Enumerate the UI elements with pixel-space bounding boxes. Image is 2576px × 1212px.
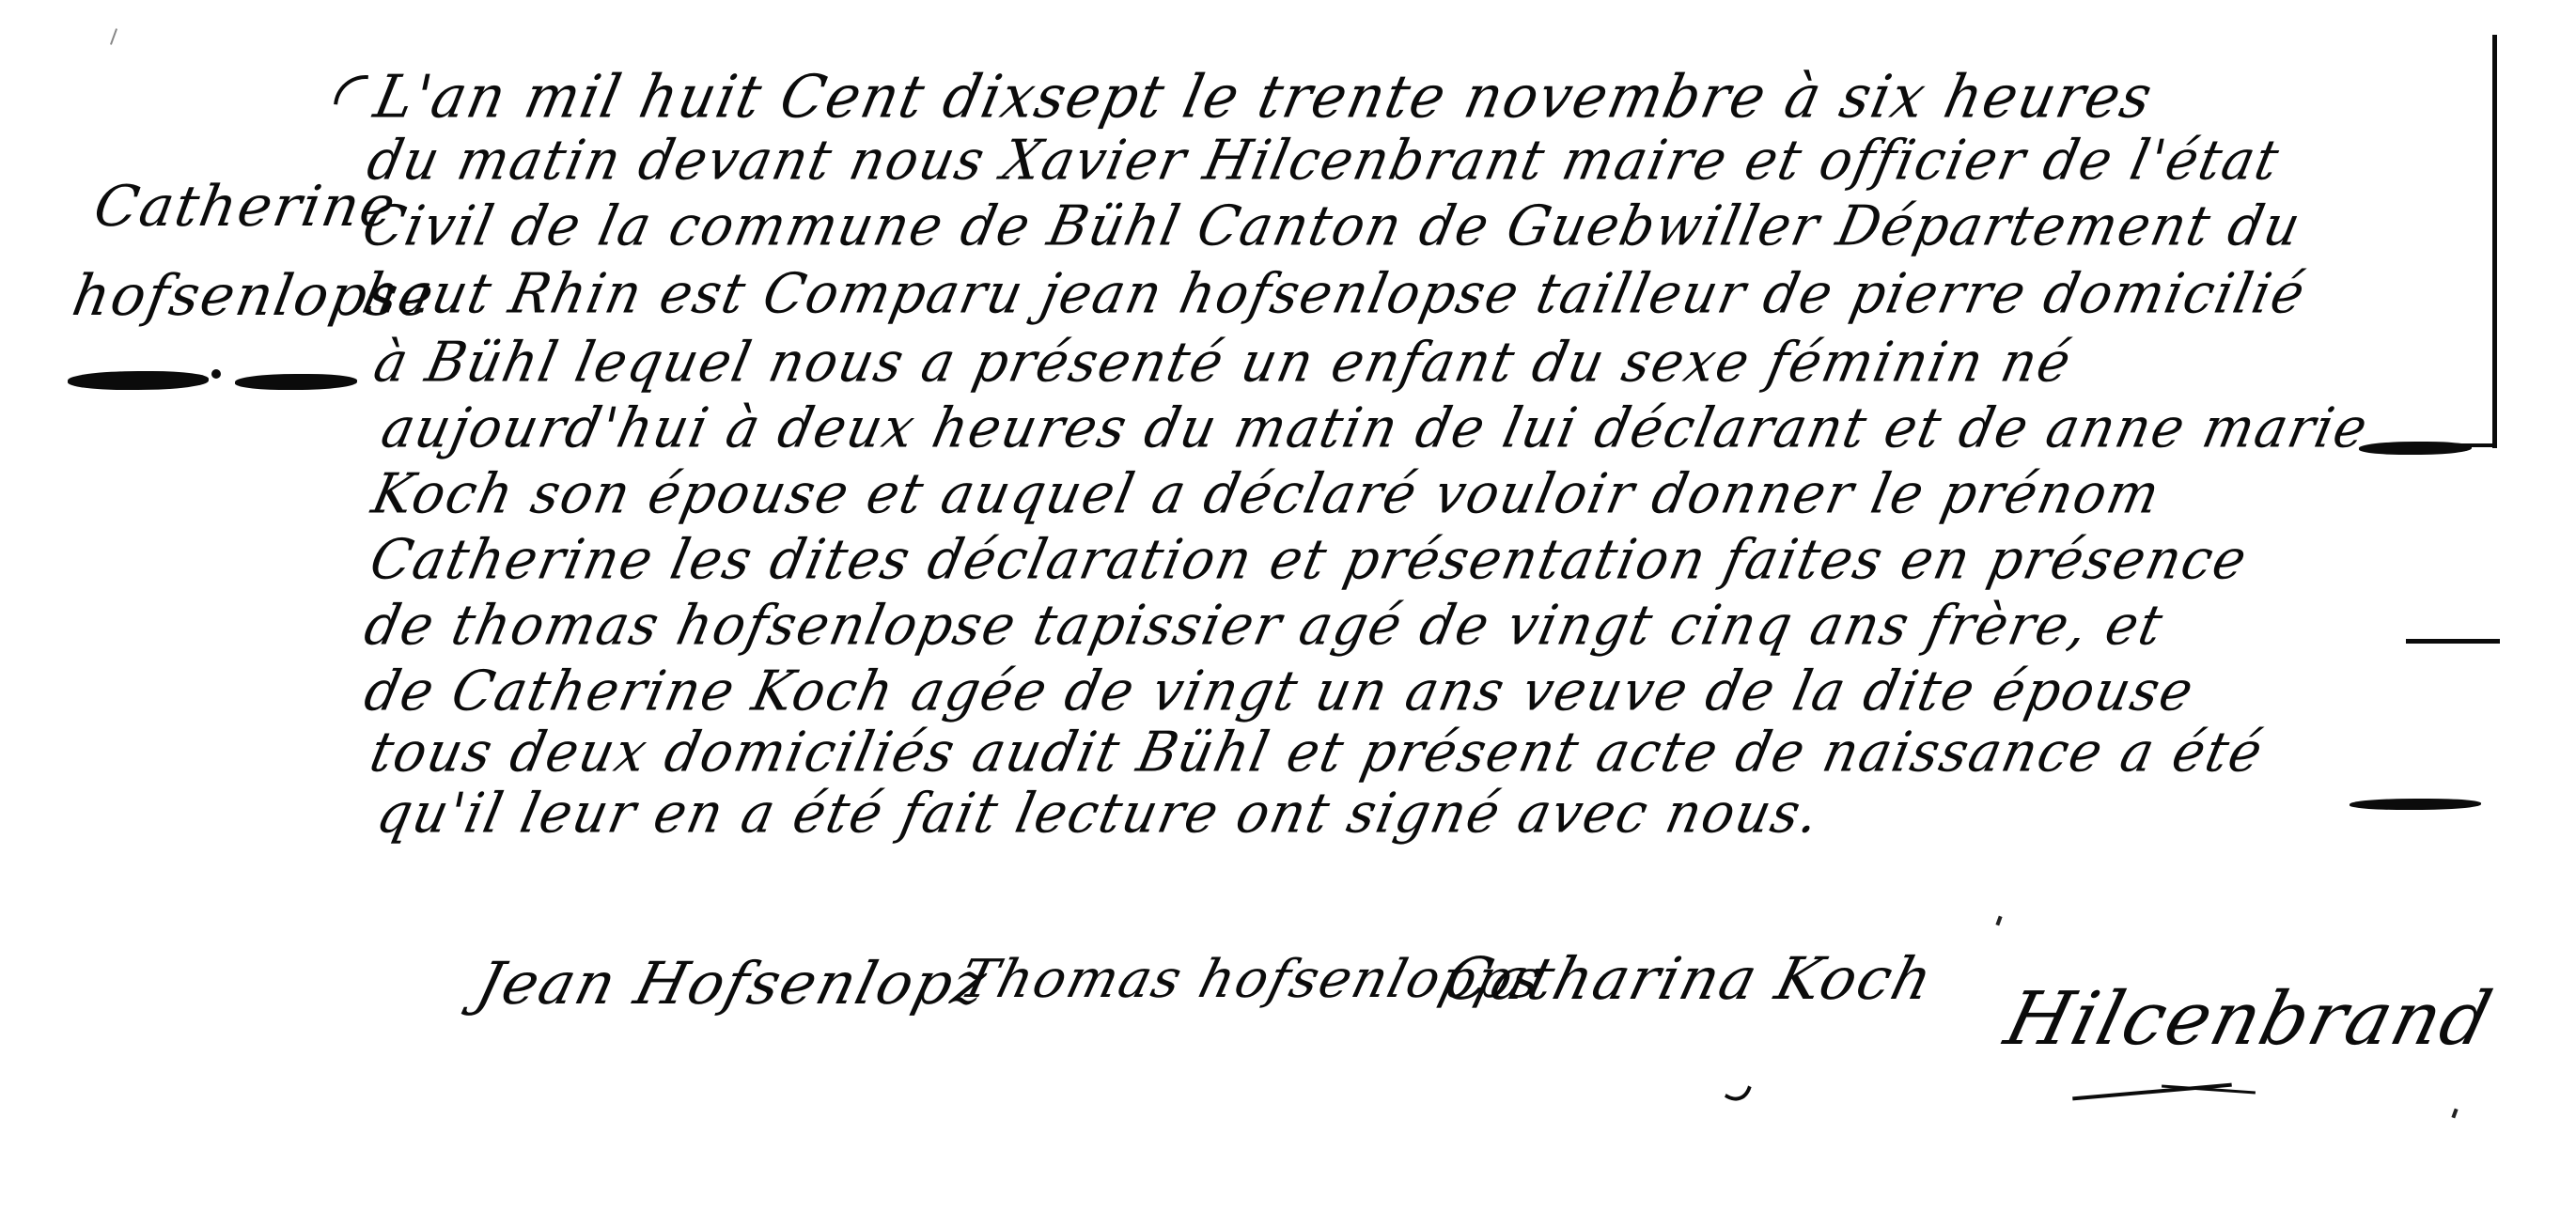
signature-catharina: Catharina Koch (1438, 944, 1941, 1013)
margin-ink-smear-right (235, 374, 357, 390)
record-line-9: de thomas hofsenlopse tapissier agé de v… (359, 594, 2169, 658)
line-filler-smear-2 (2350, 799, 2481, 810)
record-line-12: qu'il leur en a été fait lecture ont sig… (371, 782, 1826, 846)
record-line-3: Civil de la commune de Bühl Canton de Gu… (357, 194, 2307, 258)
record-line-6: aujourd'hui à deux heures du matin de lu… (376, 396, 2374, 460)
signature-mayor: Hilcenbrand (1997, 977, 2501, 1062)
line-filler-smear-1 (2359, 442, 2472, 455)
signature-jean: Jean Hofsenlopz (470, 949, 995, 1018)
record-line-7: Koch son épouse et auquel a déclaré voul… (367, 462, 2166, 526)
mayor-paraph-stroke-1 (2072, 1083, 2232, 1101)
record-line-4: haut Rhin est Comparu jean hofsenlopse t… (357, 262, 2312, 326)
margin-note-given-name: Catherine (89, 174, 401, 240)
record-line-8: Catherine les dites déclaration et prése… (365, 528, 2254, 592)
document-page: Catherine hofsenlopse L'an mil huit Cent… (0, 0, 2576, 1212)
ink-speck (2451, 1109, 2458, 1119)
ink-speck (1995, 916, 2002, 926)
record-line-11: tous deux domiciliés audit Bühl et prése… (365, 721, 2270, 785)
record-line-2: du matin devant nous Xavier Hilcenbrant … (362, 129, 2286, 193)
line-filler-rule (2406, 639, 2500, 644)
record-line-1: L'an mil huit Cent dixsept le trente nov… (368, 63, 2160, 132)
right-border-line (2492, 35, 2497, 448)
signature-paraph-hook (1694, 1023, 1762, 1108)
record-line-5: à Bühl lequel nous a présenté un enfant … (368, 331, 2078, 395)
margin-ink-smear-left (68, 371, 209, 390)
ink-speck (110, 28, 117, 45)
margin-ink-dot (211, 369, 221, 379)
record-line-10: de Catherine Koch agée de vingt un ans v… (359, 660, 2200, 723)
